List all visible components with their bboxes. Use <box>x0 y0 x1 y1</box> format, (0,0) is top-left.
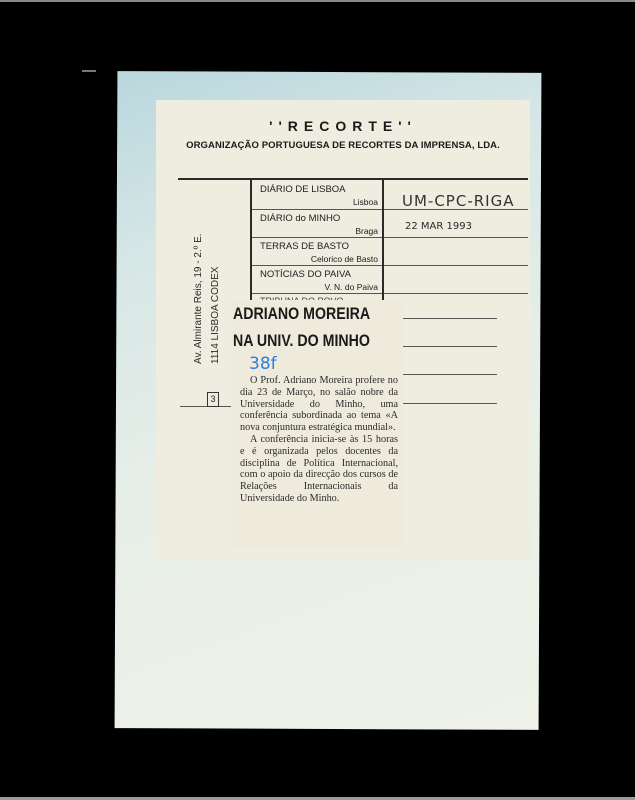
entry-line <box>402 318 497 319</box>
entry-line <box>384 237 528 238</box>
address-line-2: 1114 LISBOA CODEX <box>207 164 224 364</box>
row-divider <box>252 293 382 294</box>
box-number: 3 <box>207 392 219 407</box>
entry-line <box>402 374 497 375</box>
article-paragraph: O Prof. Adriano Moreira profere no dia 2… <box>240 375 398 434</box>
publication-name: DIÁRIO DE LISBOA <box>260 184 378 195</box>
publication-city: V. N. do Paiva <box>260 282 378 292</box>
service-full-name: ORGANIZAÇÃO PORTUGUESA DE RECORTES DA IM… <box>156 140 530 151</box>
entry-line <box>402 403 497 404</box>
publication-row: TERRAS DE BASTO Celorico de Basto <box>260 241 378 264</box>
entry-line <box>402 346 497 347</box>
publication-city: Celorico de Basto <box>260 254 378 264</box>
publication-name: DIÁRIO do MINHO <box>260 213 378 224</box>
row-divider <box>252 209 382 210</box>
publication-row: DIÁRIO DE LISBOA Lisboa <box>260 184 378 207</box>
article-paragraph: A conferência inicia-se às 15 horas e é … <box>240 434 398 505</box>
article-title-line-2: NA UNIV. DO MINHO <box>233 332 370 351</box>
entry-line <box>384 293 528 294</box>
entry-line <box>384 265 528 266</box>
service-name: ''RECORTE'' <box>156 118 530 134</box>
address-line-1: Av. Almirante Reis, 19 - 2.º E. <box>190 164 207 364</box>
handwritten-code: UM-CPC-RIGA <box>402 192 514 210</box>
publication-name: TERRAS DE BASTO <box>260 241 378 252</box>
service-address: Av. Almirante Reis, 19 - 2.º E. 1114 LIS… <box>190 164 230 364</box>
publication-column-rule <box>382 180 384 300</box>
date-stamp: 22 MAR 1993 <box>405 221 472 232</box>
publication-city: Braga <box>260 226 378 236</box>
row-divider <box>252 265 382 266</box>
article-body: O Prof. Adriano Moreira profere no dia 2… <box>240 375 398 505</box>
scan-mark <box>82 70 96 72</box>
header-rule <box>178 178 528 180</box>
publication-row: NOTÍCIAS DO PAIVA V. N. do Paiva <box>260 269 378 292</box>
publication-row: DIÁRIO do MINHO Braga <box>260 213 378 236</box>
row-divider <box>252 237 382 238</box>
blue-handwritten-note: 38f <box>249 354 277 374</box>
scan-edge-top <box>0 0 635 2</box>
left-entry-line <box>180 406 232 407</box>
publication-city: Lisboa <box>260 197 378 207</box>
publication-name: NOTÍCIAS DO PAIVA <box>260 269 378 280</box>
article-title-line-1: ADRIANO MOREIRA <box>233 305 370 324</box>
